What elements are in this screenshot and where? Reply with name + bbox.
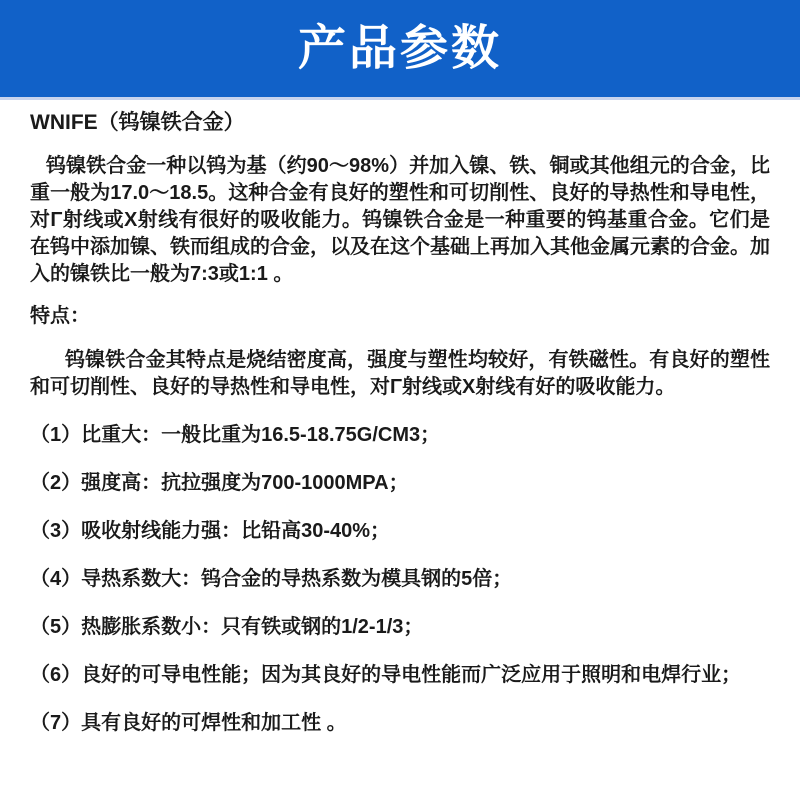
feature-item-1: （1）比重大：一般比重为16.5-18.75G/CM3； xyxy=(30,422,770,449)
intro-paragraph: 钨镍铁合金一种以钨为基（约90～98%）并加入镍、铁、铜或其他组元的合金，比重一… xyxy=(30,153,770,288)
header-banner: 产品参数 xyxy=(0,0,800,100)
feature-item-3: （3）吸收射线能力强：比铅高30-40%； xyxy=(30,518,770,545)
feature-item-5: （5）热膨胀系数小：只有铁或钢的1/2-1/3； xyxy=(30,614,770,641)
product-name: WNIFE（钨镍铁合金） xyxy=(30,109,770,136)
feature-item-7: （7）具有良好的可焊性和加工性 。 xyxy=(30,710,770,737)
feature-item-2: （2）强度高：抗拉强度为700-1000MPA； xyxy=(30,470,770,497)
features-heading: 特点： xyxy=(30,303,770,330)
product-parameters-document: WNIFE（钨镍铁合金） 钨镍铁合金一种以钨为基（约90～98%）并加入镍、铁、… xyxy=(0,109,800,737)
features-intro-paragraph: 钨镍铁合金其特点是烧结密度高，强度与塑性均较好，有铁磁性。有良好的塑性和可切削性… xyxy=(30,347,770,401)
feature-item-4: （4）导热系数大：钨合金的导热系数为模具钢的5倍； xyxy=(30,566,770,593)
feature-item-6: （6）良好的可导电性能；因为其良好的导电性能而广泛应用于照明和电焊行业； xyxy=(30,662,770,689)
page-title: 产品参数 xyxy=(298,25,502,73)
